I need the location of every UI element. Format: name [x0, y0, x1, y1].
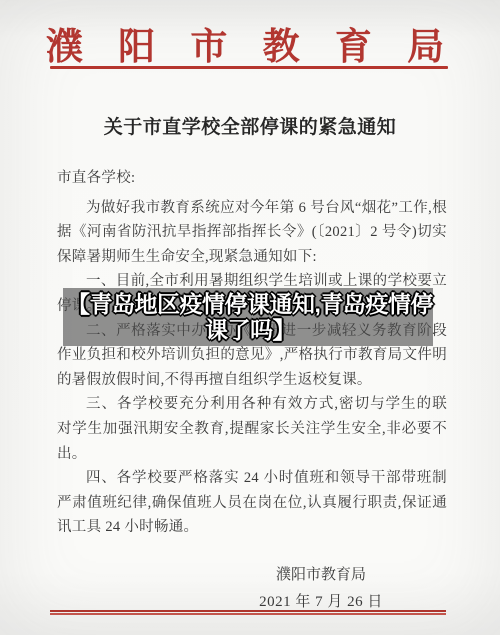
notice-salutation: 市直各学校:	[57, 166, 447, 191]
notice-title: 关于市直学校全部停课的紧急通知	[0, 112, 500, 139]
notice-body-line: 讯工具 24 小时畅通。	[57, 515, 447, 540]
document-photo: 濮 阳 市 教 育 局 关于市直学校全部停课的紧急通知 市直各学校: 为做好我市…	[0, 0, 500, 635]
signature-block: 濮阳市教育局 2021 年 7 月 26 日	[255, 563, 387, 614]
signature-agency: 濮阳市教育局	[255, 563, 387, 588]
caption-text-line1: 【青岛地区疫情停课通知,青岛疫情停	[30, 291, 470, 317]
notice-body-line: 对学生加强汛期安全教育,提醒家长关注学生安全,非必要不外	[57, 417, 447, 442]
notice-body-line: 据《河南省防汛抗旱指挥部指挥长令》(〔2021〕2 号令)切实	[57, 220, 447, 245]
notice-body-line: 出。	[57, 442, 447, 467]
caption-overlay-text: 【青岛地区疫情停课通知,青岛疫情停 课了吗】	[30, 291, 470, 343]
notice-body-line: 四、各学校要严格落实 24 小时值班和领导干部带班制度,	[57, 466, 447, 491]
notice-body-line: 保障暑期师生生命安全,现紧急通知如下:	[57, 245, 447, 270]
notice-body-line: 严肃值班纪律,确保值班人员在岗在位,认真履行职责,保证通	[57, 491, 447, 516]
caption-text-line2: 课了吗】	[30, 317, 470, 343]
footer-divider	[50, 610, 446, 615]
notice-body: 市直各学校: 为做好我市教育系统应对今年第 6 号台风“烟花”工作,根 据《河南…	[57, 166, 447, 540]
notice-body-line: 的暑假放假时间,不得再擅自组织学生返校复课。	[57, 368, 447, 393]
notice-body-line: 三、各学校要充分利用各种有效方式,密切与学生的联系,	[57, 392, 447, 417]
notice-body-line: 为做好我市教育系统应对今年第 6 号台风“烟花”工作,根	[57, 196, 447, 221]
notice-body-line: 作业负担和校外培训负担的意见》,严格执行市教育局文件明确	[57, 343, 447, 368]
masthead-divider	[50, 66, 448, 69]
agency-masthead: 濮 阳 市 教 育 局	[0, 16, 500, 70]
